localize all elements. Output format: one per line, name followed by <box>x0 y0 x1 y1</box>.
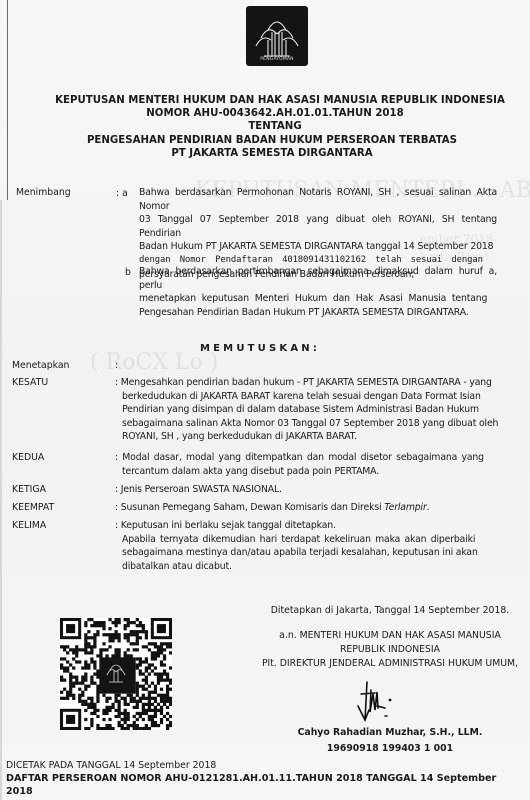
decree-title: KEPUTUSAN MENTERI HUKUM DAN HAK ASASI MA… <box>30 94 530 107</box>
qr-code-icon <box>60 618 172 730</box>
decision-kelima: : Keputusan ini berlaku sejak tanggal di… <box>115 519 525 573</box>
menimbang-item-b: Bahwa berdasarkan pertimbangan sebagaima… <box>139 265 497 319</box>
signature-icon <box>355 680 405 724</box>
memutuskan-heading: MEMUTUSKAN: <box>200 343 320 354</box>
signatory-name: Cahyo Rahadian Muzhar, S.H., LLM. <box>240 726 530 739</box>
handwritten-signature <box>355 680 405 728</box>
text-line: ROYANI, SH , yang berkedudukan di JAKART… <box>115 430 525 444</box>
decision-label-kesatu: KESATU <box>12 376 48 389</box>
scan-edge <box>0 200 2 800</box>
logo-label: PENGAYOMAN <box>246 57 308 62</box>
pengayoman-logo: PENGAYOMAN <box>246 6 308 66</box>
decree-subject: PENGESAHAN PENDIRIAN BADAN HUKUM PERSERO… <box>22 134 522 147</box>
item-letter-a: : a <box>116 187 128 200</box>
decree-tentang: TENTANG <box>25 120 525 133</box>
text-line: Bahwa berdasarkan pertimbangan sebagaima… <box>139 265 497 292</box>
text-line: menetapkan keputusan Menteri Hukum dan H… <box>139 292 497 306</box>
qr-code[interactable] <box>60 618 172 730</box>
decision-kedua: : Modal dasar, modal yang ditempatkan da… <box>115 451 525 478</box>
text-line: berkedudukan di JAKARTA BARAT karena tel… <box>115 390 525 404</box>
decision-ketiga: : Jenis Perseroan SWASTA NASIONAL. <box>115 483 525 497</box>
text-line: Badan Hukum PT JAKARTA SEMESTA DIRGANTAR… <box>139 240 497 254</box>
text-line: . <box>427 502 430 513</box>
text-line: Pengesahan Pendirian Badan Hukum PT JAKA… <box>139 306 497 320</box>
text-line: : Keputusan ini berlaku sejak tanggal di… <box>115 519 525 533</box>
text-line: 03 Tanggal 07 September 2018 yang dibuat… <box>139 213 497 240</box>
decision-keempat: : Susunan Pemegang Saham, Dewan Komisari… <box>115 501 525 515</box>
menetapkan-colon: : <box>115 359 118 372</box>
scan-edge <box>7 0 8 200</box>
text-line: Bahwa berdasarkan Permohonan Notaris ROY… <box>139 186 497 213</box>
text-line: : Susunan Pemegang Saham, Dewan Komisari… <box>115 502 384 513</box>
decision-label-ketiga: KETIGA <box>12 483 46 496</box>
company-name: PT JAKARTA SEMESTA DIRGANTARA <box>22 147 522 160</box>
document-page: KEPUTUSAN MENTERI ... ABEB ember 2018 ka… <box>0 0 530 800</box>
text-line: : Modal dasar, modal yang ditempatkan da… <box>115 451 525 465</box>
on-behalf-line-2: REPUBLIK INDONESIA <box>240 643 530 656</box>
italic-text: Terlampir <box>384 502 426 513</box>
text-line: sebagaimana salinan Akta Nomor 03 Tangga… <box>115 417 525 431</box>
item-letter-b: b <box>125 266 131 279</box>
text-line: tercantum dalam akta yang disebut pada p… <box>115 465 525 479</box>
decision-label-keempat: KEEMPAT <box>12 501 54 514</box>
decision-label-kedua: KEDUA <box>12 451 44 464</box>
decision-label-kelima: KELIMA <box>12 519 46 532</box>
menimbang-label: Menimbang <box>16 186 71 199</box>
text-line: : Mengesahkan pendirian badan hukum - PT… <box>115 376 525 390</box>
on-behalf-line-1: a.n. MENTERI HUKUM DAN HAK ASASI MANUSIA <box>240 629 530 642</box>
text-line: Pendirian yang disimpan di dalam databas… <box>115 403 525 417</box>
printed-date: DICETAK PADA TANGGAL 14 September 2018 <box>6 759 216 772</box>
text-line: Apabila ternyata dikemudian hari terdapa… <box>115 533 525 547</box>
official-position: Plt. DIREKTUR JENDERAL ADMINISTRASI HUKU… <box>240 657 530 670</box>
decision-kesatu: : Mengesahkan pendirian badan hukum - PT… <box>115 376 525 444</box>
registry-number: DAFTAR PERSEROAN NOMOR AHU-0121281.AH.01… <box>6 772 496 785</box>
menetapkan-label: Menetapkan <box>12 359 69 372</box>
place-date: Ditetapkan di Jakarta, Tanggal 14 Septem… <box>240 604 530 617</box>
signatory-nip: 19690918 199403 1 001 <box>240 742 530 755</box>
decree-number: NOMOR AHU-0043642.AH.01.01.TAHUN 2018 <box>25 107 525 120</box>
text-line: dibatalkan atau dicabut. <box>115 560 525 574</box>
text-line: : Jenis Perseroan SWASTA NASIONAL. <box>115 483 525 497</box>
text-line: sebagaimana mestinya dan/atau apabila te… <box>115 546 525 560</box>
registry-year: 2018 <box>6 785 33 798</box>
